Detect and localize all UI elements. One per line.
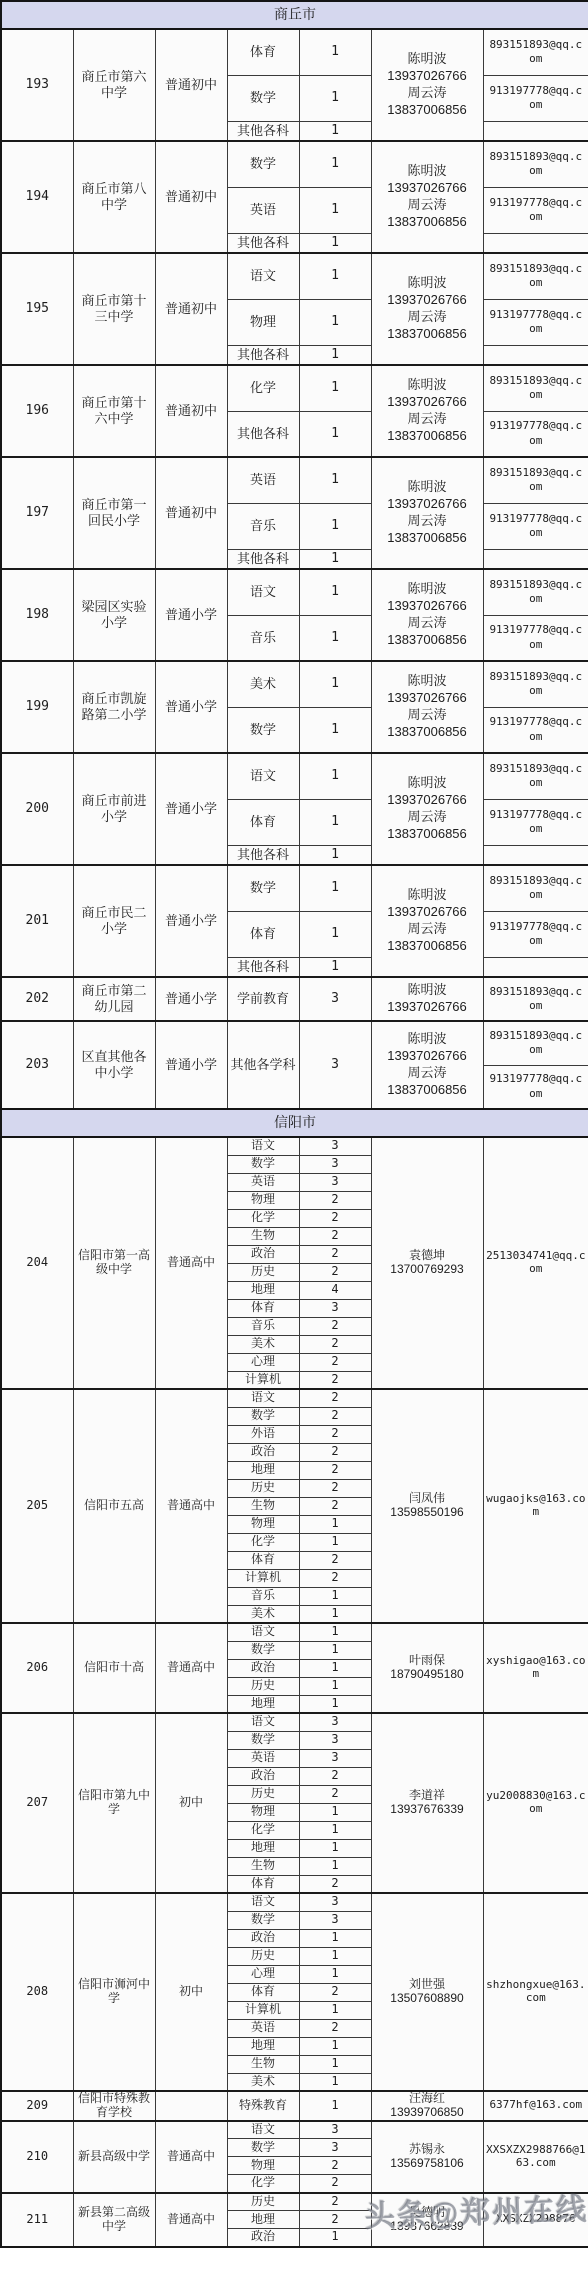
subject: 语文 — [227, 1713, 299, 1731]
school-name: 信阳市十高 — [73, 1623, 155, 1713]
subject-count: 1 — [299, 75, 371, 121]
email — [483, 845, 588, 865]
subject: 政治 — [227, 2229, 299, 2247]
subject-count: 2 — [299, 1551, 371, 1569]
school-type: 普通小学 — [155, 865, 227, 977]
subject-count: 1 — [299, 1659, 371, 1677]
school-name: 商丘市第十三中学 — [73, 253, 155, 365]
school-type: 普通初中 — [155, 253, 227, 365]
school-type: 普通初中 — [155, 457, 227, 569]
subject: 化学 — [227, 1209, 299, 1227]
subject-count: 1 — [299, 549, 371, 569]
row-number: 204 — [1, 1137, 73, 1389]
subject-count: 3 — [299, 1893, 371, 1911]
subject: 政治 — [227, 1245, 299, 1263]
contact-info: 叶雨保 18790495180 — [371, 1623, 483, 1713]
subject-count: 3 — [299, 977, 371, 1021]
table-row: 197商丘市第一回民小学普通初中英语1陈明波 13937026766 周云涛 1… — [1, 457, 588, 503]
school-name: 商丘市第一回民小学 — [73, 457, 155, 569]
row-number: 202 — [1, 977, 73, 1021]
email — [483, 233, 588, 253]
table-row: 194商丘市第八中学普通初中数学1陈明波 13937026766 周云涛 138… — [1, 141, 588, 187]
contact-info: 陈明波 13937026766 周云涛 13837006856 — [371, 29, 483, 141]
row-number: 203 — [1, 1021, 73, 1109]
subject: 数学 — [227, 865, 299, 911]
row-number: 198 — [1, 569, 73, 661]
subject-count: 2 — [299, 1767, 371, 1785]
school-type: 普通高中 — [155, 2121, 227, 2193]
subject-count: 1 — [299, 121, 371, 141]
subject-count: 1 — [299, 569, 371, 615]
row-number: 199 — [1, 661, 73, 753]
email: 893151893@qq.com — [483, 365, 588, 411]
subject-count: 2 — [299, 1425, 371, 1443]
subject: 历史 — [227, 1263, 299, 1281]
subject: 数学 — [227, 141, 299, 187]
contact-info: 陈明波 13937026766 周云涛 13837006856 — [371, 1021, 483, 1109]
email: 913197778@qq.com — [483, 615, 588, 661]
subject-count: 2 — [299, 1497, 371, 1515]
subject-count: 2 — [299, 1335, 371, 1353]
subject-count: 3 — [299, 1137, 371, 1155]
email — [483, 345, 588, 365]
subject: 数学 — [227, 1911, 299, 1929]
email: 913197778@qq.com — [483, 707, 588, 753]
subject: 物理 — [227, 1803, 299, 1821]
school-type: 普通初中 — [155, 141, 227, 253]
table-row: 195商丘市第十三中学普通初中语文1陈明波 13937026766 周云涛 13… — [1, 253, 588, 299]
row-number: 205 — [1, 1389, 73, 1623]
subject: 美术 — [227, 661, 299, 707]
school-name: 信阳市第一高级中学 — [73, 1137, 155, 1389]
subject: 其他各科 — [227, 411, 299, 457]
subject-count: 1 — [299, 1533, 371, 1551]
subject: 计算机 — [227, 1371, 299, 1389]
subject-count: 2 — [299, 1461, 371, 1479]
subject: 化学 — [227, 1533, 299, 1551]
subject-count: 1 — [299, 1965, 371, 1983]
subject-count: 3 — [299, 1021, 371, 1109]
subject-count: 1 — [299, 1695, 371, 1713]
email: wugaojks@163.com — [483, 1389, 588, 1623]
subject: 体育 — [227, 799, 299, 845]
subject: 体育 — [227, 1551, 299, 1569]
school-name: 商丘市凯旋路第二小学 — [73, 661, 155, 753]
school-type: 普通小学 — [155, 1021, 227, 1109]
school-name: 新县第二高级中学 — [73, 2193, 155, 2247]
email: 893151893@qq.com — [483, 661, 588, 707]
recruitment-table: 商丘市193商丘市第六中学普通初中体育1陈明波 13937026766 周云涛 … — [0, 0, 588, 2248]
subject-count: 2 — [299, 1245, 371, 1263]
subject: 体育 — [227, 1875, 299, 1893]
contact-info: 陈明波 13937026766 周云涛 13837006856 — [371, 141, 483, 253]
school-name: 新县高级中学 — [73, 2121, 155, 2193]
school-type: 初中 — [155, 1893, 227, 2091]
email: 893151893@qq.com — [483, 141, 588, 187]
subject: 英语 — [227, 457, 299, 503]
contact-info: 陈明波 13937026766 — [371, 977, 483, 1021]
subject: 学前教育 — [227, 977, 299, 1021]
subject-count: 3 — [299, 1173, 371, 1191]
subject: 语文 — [227, 1893, 299, 1911]
email: shzhongxue@163.com — [483, 1893, 588, 2091]
subject-count: 1 — [299, 845, 371, 865]
subject-count: 1 — [299, 707, 371, 753]
subject-count: 1 — [299, 615, 371, 661]
subject-count: 3 — [299, 1749, 371, 1767]
subject: 计算机 — [227, 2001, 299, 2019]
table-row: 200商丘市前进小学普通小学语文1陈明波 13937026766 周云涛 138… — [1, 753, 588, 799]
subject-count: 1 — [299, 2073, 371, 2091]
subject: 生物 — [227, 2055, 299, 2073]
subject-count: 2 — [299, 1407, 371, 1425]
subject: 化学 — [227, 1821, 299, 1839]
table-row: 210新县高级中学普通高中语文3苏锡永 13569758106XXSXZX298… — [1, 2121, 588, 2139]
subject: 历史 — [227, 2193, 299, 2211]
email: 893151893@qq.com — [483, 1021, 588, 1065]
subject-count: 3 — [299, 1731, 371, 1749]
section-title: 商丘市 — [1, 1, 588, 29]
email — [483, 957, 588, 977]
subject: 语文 — [227, 1389, 299, 1407]
email: 913197778@qq.com — [483, 187, 588, 233]
subject-count: 1 — [299, 1821, 371, 1839]
subject-count: 1 — [299, 141, 371, 187]
subject: 其他各科 — [227, 957, 299, 977]
email: 893151893@qq.com — [483, 865, 588, 911]
table-row: 206信阳市十高普通高中语文1叶雨保 18790495180xyshigao@1… — [1, 1623, 588, 1641]
table-row: 208信阳市浉河中学初中语文3刘世强 13507608890shzhongxue… — [1, 1893, 588, 1911]
subject-count: 1 — [299, 411, 371, 457]
subject: 心理 — [227, 1965, 299, 1983]
subject-count: 1 — [299, 1623, 371, 1641]
table-row: 209信阳市特殊教育学校特殊教育1汪海红 139397068506377hf@1… — [1, 2091, 588, 2121]
subject: 其他各科 — [227, 233, 299, 253]
school-type: 普通高中 — [155, 2193, 227, 2247]
subject-count: 2 — [299, 1983, 371, 2001]
section-title: 信阳市 — [1, 1109, 588, 1137]
school-name: 信阳市特殊教育学校 — [73, 2091, 155, 2121]
subject: 生物 — [227, 1227, 299, 1245]
email — [483, 549, 588, 569]
subject-count: 2 — [299, 1569, 371, 1587]
email: 6377hf@163.com — [483, 2091, 588, 2121]
school-type: 初中 — [155, 1713, 227, 1893]
subject: 其他各科 — [227, 345, 299, 365]
subject: 美术 — [227, 1335, 299, 1353]
subject-count: 4 — [299, 1281, 371, 1299]
subject-count: 1 — [299, 1605, 371, 1623]
school-name: 商丘市第十六中学 — [73, 365, 155, 457]
subject: 化学 — [227, 365, 299, 411]
row-number: 197 — [1, 457, 73, 569]
subject-count: 1 — [299, 2091, 371, 2121]
subject: 数学 — [227, 1155, 299, 1173]
subject-count: 2 — [299, 2175, 371, 2193]
subject-count: 1 — [299, 345, 371, 365]
contact-info: 陈明波 13937026766 周云涛 13837006856 — [371, 661, 483, 753]
subject-count: 1 — [299, 457, 371, 503]
subject: 物理 — [227, 2157, 299, 2175]
subject-count: 1 — [299, 2001, 371, 2019]
table-row: 196商丘市第十六中学普通初中化学1陈明波 13937026766 周云涛 13… — [1, 365, 588, 411]
subject-count: 2 — [299, 1389, 371, 1407]
subject-count: 3 — [299, 2121, 371, 2139]
school-type: 普通高中 — [155, 1389, 227, 1623]
subject: 政治 — [227, 1929, 299, 1947]
subject-count: 2 — [299, 1443, 371, 1461]
table-row: 201商丘市民二小学普通小学数学1陈明波 13937026766 周云涛 138… — [1, 865, 588, 911]
subject-count: 2 — [299, 1227, 371, 1245]
subject-count: 1 — [299, 865, 371, 911]
school-name: 商丘市前进小学 — [73, 753, 155, 865]
contact-info: 陈明波 13937026766 周云涛 13837006856 — [371, 365, 483, 457]
subject-count: 1 — [299, 2037, 371, 2055]
contact-info: 汪海红 13939706850 — [371, 2091, 483, 2121]
subject-count: 2 — [299, 1371, 371, 1389]
subject: 语文 — [227, 1623, 299, 1641]
subject-count: 1 — [299, 661, 371, 707]
subject-count: 1 — [299, 1803, 371, 1821]
subject-count: 1 — [299, 2055, 371, 2073]
subject: 地理 — [227, 2037, 299, 2055]
contact-info: 闫凤伟 13598550196 — [371, 1389, 483, 1623]
school-name: 信阳市第九中学 — [73, 1713, 155, 1893]
school-name: 商丘市第六中学 — [73, 29, 155, 141]
subject: 数学 — [227, 2139, 299, 2157]
school-name: 商丘市第二幼儿园 — [73, 977, 155, 1021]
subject-count: 1 — [299, 1857, 371, 1875]
email: 913197778@qq.com — [483, 299, 588, 345]
row-number: 200 — [1, 753, 73, 865]
subject-count: 3 — [299, 1713, 371, 1731]
subject-count: 1 — [299, 187, 371, 233]
subject: 音乐 — [227, 1587, 299, 1605]
subject: 语文 — [227, 1137, 299, 1155]
subject-count: 2 — [299, 1317, 371, 1335]
subject-count: 2 — [299, 2019, 371, 2037]
email: 913197778@qq.com — [483, 411, 588, 457]
subject-count: 3 — [299, 2139, 371, 2157]
subject: 其他各科 — [227, 121, 299, 141]
contact-info: 陈明波 13937026766 周云涛 13837006856 — [371, 753, 483, 865]
contact-info: 苏锡永 13569758106 — [371, 2121, 483, 2193]
subject-count: 1 — [299, 29, 371, 75]
subject-count: 1 — [299, 1839, 371, 1857]
subject-count: 2 — [299, 1263, 371, 1281]
school-type: 普通小学 — [155, 753, 227, 865]
subject: 音乐 — [227, 1317, 299, 1335]
email: 893151893@qq.com — [483, 253, 588, 299]
contact-info: 陈明波 13937026766 周云涛 13837006856 — [371, 865, 483, 977]
school-type: 普通高中 — [155, 1623, 227, 1713]
subject: 英语 — [227, 1173, 299, 1191]
subject-count: 1 — [299, 753, 371, 799]
subject-count: 1 — [299, 233, 371, 253]
school-name: 商丘市民二小学 — [73, 865, 155, 977]
subject: 语文 — [227, 753, 299, 799]
email: 893151893@qq.com — [483, 977, 588, 1021]
row-number: 211 — [1, 2193, 73, 2247]
subject: 语文 — [227, 569, 299, 615]
email: yu2008830@163.com — [483, 1713, 588, 1893]
row-number: 195 — [1, 253, 73, 365]
subject-count: 3 — [299, 1299, 371, 1317]
subject: 物理 — [227, 1191, 299, 1209]
email: 893151893@qq.com — [483, 569, 588, 615]
subject: 历史 — [227, 1785, 299, 1803]
school-type: 普通高中 — [155, 1137, 227, 1389]
subject-count: 1 — [299, 253, 371, 299]
email: 893151893@qq.com — [483, 753, 588, 799]
table-row: 193商丘市第六中学普通初中体育1陈明波 13937026766 周云涛 138… — [1, 29, 588, 75]
subject: 化学 — [227, 2175, 299, 2193]
subject: 体育 — [227, 1299, 299, 1317]
subject-count: 2 — [299, 1209, 371, 1227]
subject: 其他各科 — [227, 549, 299, 569]
school-type: 普通小学 — [155, 977, 227, 1021]
row-number: 206 — [1, 1623, 73, 1713]
subject-count: 3 — [299, 1911, 371, 1929]
subject-count: 2 — [299, 1875, 371, 1893]
table-row: 203区直其他各中小学普通小学其他各学科3陈明波 13937026766 周云涛… — [1, 1021, 588, 1065]
subject: 体育 — [227, 1983, 299, 2001]
subject-count: 1 — [299, 1641, 371, 1659]
recruitment-table-page: 商丘市193商丘市第六中学普通初中体育1陈明波 13937026766 周云涛 … — [0, 0, 588, 2248]
subject-count: 2 — [299, 1479, 371, 1497]
subject-count: 2 — [299, 1785, 371, 1803]
subject: 美术 — [227, 1605, 299, 1623]
subject-count: 1 — [299, 957, 371, 977]
subject-count: 1 — [299, 1515, 371, 1533]
subject: 音乐 — [227, 615, 299, 661]
contact-info: 陈明波 13937026766 周云涛 13837006856 — [371, 253, 483, 365]
subject: 地理 — [227, 1461, 299, 1479]
email — [483, 121, 588, 141]
school-type: 普通初中 — [155, 365, 227, 457]
contact-info: 李道祥 13937676339 — [371, 1713, 483, 1893]
subject: 生物 — [227, 1857, 299, 1875]
subject-count: 1 — [299, 503, 371, 549]
subject: 物理 — [227, 1515, 299, 1533]
subject: 物理 — [227, 299, 299, 345]
email: 913197778@qq.com — [483, 75, 588, 121]
table-row: 205信阳市五高普通高中语文2闫凤伟 13598550196wugaojks@1… — [1, 1389, 588, 1407]
contact-info: 袁德坤 13700769293 — [371, 1137, 483, 1389]
subject: 语文 — [227, 2121, 299, 2139]
table-row: 202商丘市第二幼儿园普通小学学前教育3陈明波 1393702676689315… — [1, 977, 588, 1021]
email: xyshigao@163.com — [483, 1623, 588, 1713]
contact-info: 刘世强 13507608890 — [371, 1893, 483, 2091]
subject-count: 1 — [299, 1677, 371, 1695]
subject-count: 1 — [299, 2229, 371, 2247]
subject-count: 1 — [299, 799, 371, 845]
subject-count: 2 — [299, 1191, 371, 1209]
subject: 体育 — [227, 29, 299, 75]
table-row: 204信阳市第一高级中学普通高中语文3袁德坤 13700769293251303… — [1, 1137, 588, 1155]
subject: 英语 — [227, 2019, 299, 2037]
email: 913197778@qq.com — [483, 1065, 588, 1109]
section-header-row: 信阳市 — [1, 1109, 588, 1137]
email: XXSXZX2988766@163.com — [483, 2121, 588, 2193]
row-number: 210 — [1, 2121, 73, 2193]
subject: 数学 — [227, 707, 299, 753]
subject: 数学 — [227, 75, 299, 121]
subject-count: 2 — [299, 2211, 371, 2229]
subject: 特殊教育 — [227, 2091, 299, 2121]
subject-count: 1 — [299, 1947, 371, 1965]
subject: 生物 — [227, 1497, 299, 1515]
subject-count: 1 — [299, 1929, 371, 1947]
contact-info: 陈明波 13937026766 周云涛 13837006856 — [371, 569, 483, 661]
school-name: 区直其他各中小学 — [73, 1021, 155, 1109]
subject: 数学 — [227, 1641, 299, 1659]
row-number: 201 — [1, 865, 73, 977]
subject: 英语 — [227, 187, 299, 233]
table-row: 207信阳市第九中学初中语文3李道祥 13937676339yu2008830@… — [1, 1713, 588, 1731]
subject-count: 3 — [299, 1155, 371, 1173]
school-name: 商丘市第八中学 — [73, 141, 155, 253]
school-type: 普通小学 — [155, 661, 227, 753]
email: 893151893@qq.com — [483, 457, 588, 503]
email: 913197778@qq.com — [483, 799, 588, 845]
section-header-row: 商丘市 — [1, 1, 588, 29]
school-type: 普通小学 — [155, 569, 227, 661]
subject: 历史 — [227, 1479, 299, 1497]
subject: 外语 — [227, 1425, 299, 1443]
subject-count: 2 — [299, 2157, 371, 2175]
subject: 美术 — [227, 2073, 299, 2091]
contact-info: 陈明波 13937026766 周云涛 13837006856 — [371, 457, 483, 569]
subject-count: 1 — [299, 299, 371, 345]
watermark: 头条@郑州在线 — [364, 2184, 588, 2236]
row-number: 208 — [1, 1893, 73, 2091]
subject: 政治 — [227, 1659, 299, 1677]
school-name: 梁园区实验小学 — [73, 569, 155, 661]
subject: 其他各学科 — [227, 1021, 299, 1109]
subject: 体育 — [227, 911, 299, 957]
school-type — [155, 2091, 227, 2121]
row-number: 207 — [1, 1713, 73, 1893]
subject: 英语 — [227, 1749, 299, 1767]
subject: 历史 — [227, 1677, 299, 1695]
subject-count: 1 — [299, 911, 371, 957]
subject: 其他各科 — [227, 845, 299, 865]
subject-count: 2 — [299, 2193, 371, 2211]
table-row: 199商丘市凯旋路第二小学普通小学美术1陈明波 13937026766 周云涛 … — [1, 661, 588, 707]
row-number: 209 — [1, 2091, 73, 2121]
subject: 地理 — [227, 1695, 299, 1713]
subject: 语文 — [227, 253, 299, 299]
subject-count: 2 — [299, 1353, 371, 1371]
subject: 历史 — [227, 1947, 299, 1965]
subject: 地理 — [227, 1281, 299, 1299]
email: 913197778@qq.com — [483, 911, 588, 957]
subject: 心理 — [227, 1353, 299, 1371]
subject: 政治 — [227, 1767, 299, 1785]
subject-count: 1 — [299, 365, 371, 411]
email: 893151893@qq.com — [483, 29, 588, 75]
school-name: 信阳市浉河中学 — [73, 1893, 155, 2091]
school-type: 普通初中 — [155, 29, 227, 141]
subject: 数学 — [227, 1731, 299, 1749]
subject: 地理 — [227, 1839, 299, 1857]
subject: 地理 — [227, 2211, 299, 2229]
subject-count: 1 — [299, 1587, 371, 1605]
subject: 音乐 — [227, 503, 299, 549]
subject: 计算机 — [227, 1569, 299, 1587]
row-number: 196 — [1, 365, 73, 457]
